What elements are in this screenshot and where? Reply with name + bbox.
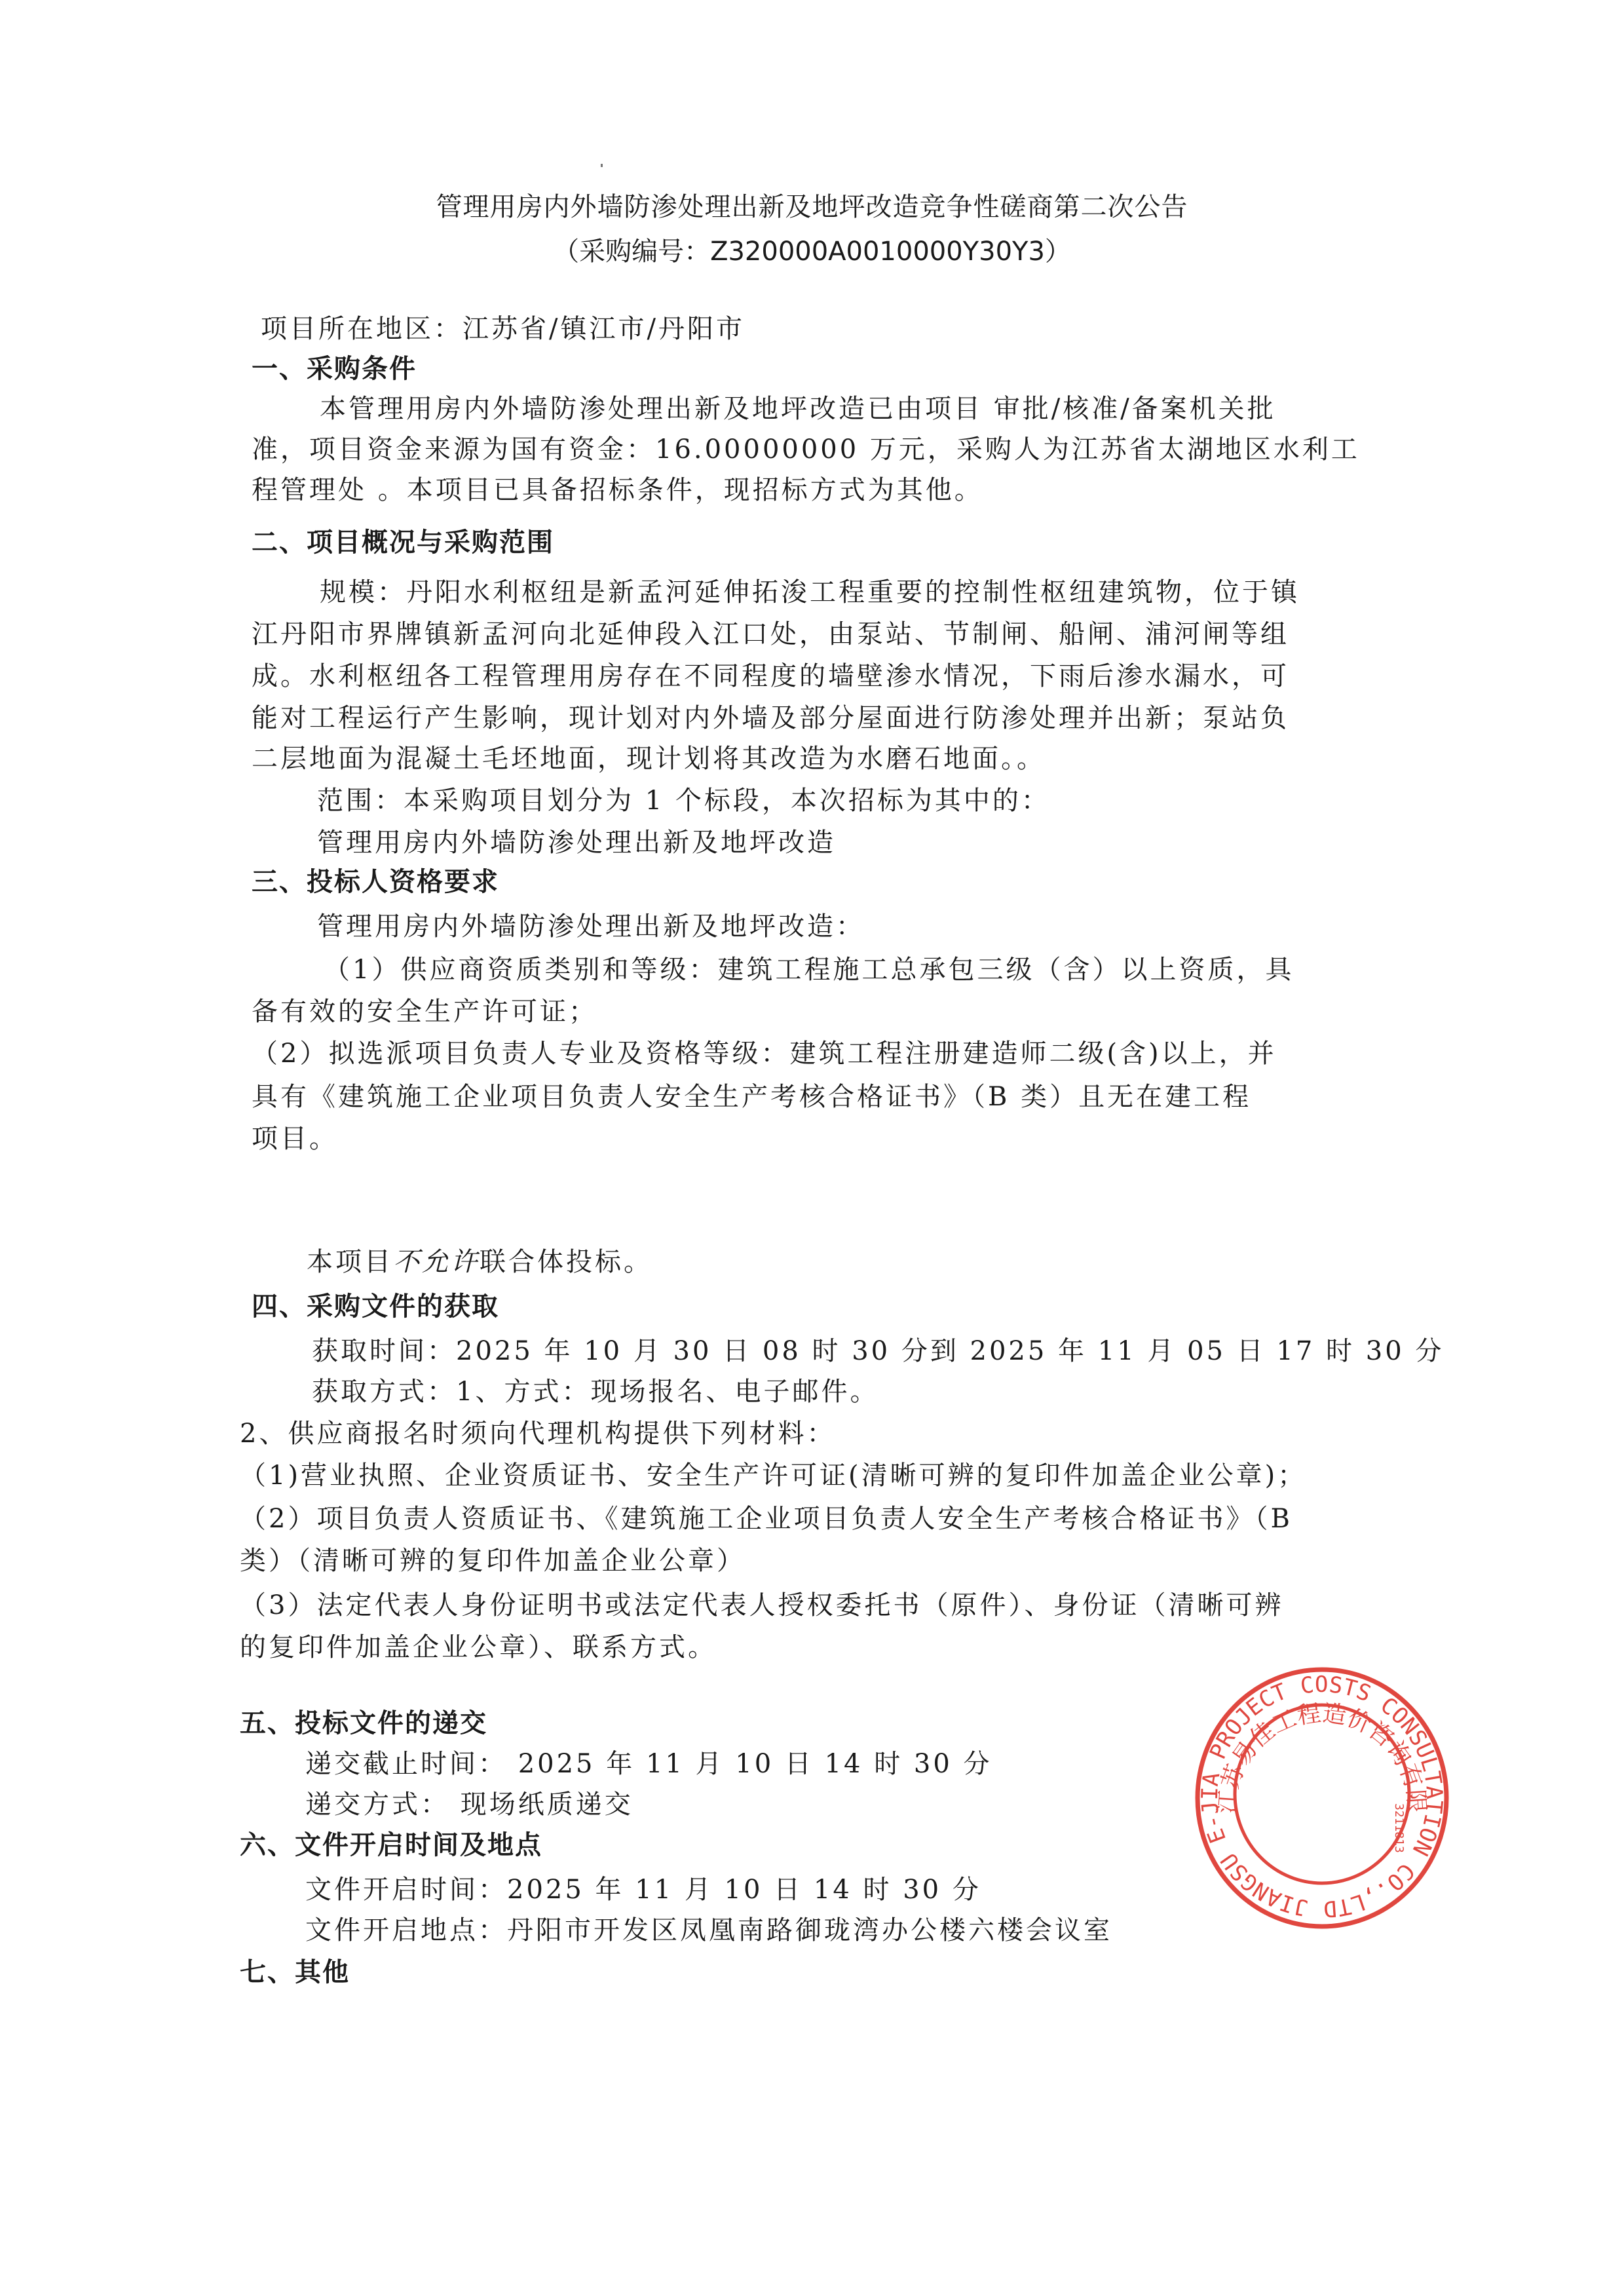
paragraph-line: 程管理处 。本项目已具备招标条件，现招标方式为其他。 (252, 472, 983, 508)
procurement-code: （采购编号：Z320000A0010000Y30Y3） (0, 229, 1624, 274)
consortium-suffix: 联合体投标。 (480, 1247, 652, 1277)
paragraph-line: 具有《建筑施工企业项目负责人安全生产考核合格证书》（B 类）且无在建工程 (252, 1079, 1251, 1115)
section-heading-project-overview: 二、项目概况与采购范围 (252, 524, 554, 561)
section-heading-bid-submission: 五、投标文件的递交 (240, 1705, 487, 1742)
lot-name: 管理用房内外墙防渗处理出新及地坪改造 (317, 824, 836, 861)
paragraph-line: 能对工程运行产生影响，现计划对内外墙及部分屋面进行防渗处理并出新；泵站负 (252, 700, 1289, 737)
acquisition-time: 获取时间：2025 年 10 月 30 日 08 时 30 分到 2025 年 … (312, 1333, 1444, 1369)
material-item-3: （3）法定代表人身份证明书或法定代表人授权委托书（原件）、身份证（清晰可辨 (240, 1587, 1283, 1624)
paragraph-line: 二层地面为混凝土毛坯地面，现计划将其改造为水磨石地面。。 (252, 740, 1046, 777)
title-block: 管理用房内外墙防渗处理出新及地坪改造竞争性磋商第二次公告 （采购编号：Z3200… (0, 185, 1624, 274)
requirement-item-2: （2）拟选派项目负责人专业及资格等级：建筑工程注册建造师二级(含)以上，并 (252, 1035, 1277, 1072)
submission-method: 递交方式： 现场纸质递交 (305, 1786, 633, 1823)
paragraph-line: 成。水利枢纽各工程管理用房存在不同程度的墙壁渗水情况，下雨后渗水漏水，可 (252, 658, 1289, 695)
paragraph-line: 项目。 (252, 1120, 338, 1157)
paragraph-line: 管理用房内外墙防渗处理出新及地坪改造： (317, 908, 865, 945)
paragraph-line: 本管理用房内外墙防渗处理出新及地坪改造已由项目 审批/核准/备案机关批 (320, 391, 1276, 427)
seal-number: 3211813 (1392, 1803, 1406, 1853)
section-heading-other: 七、其他 (240, 1954, 350, 1991)
section-heading-bidder-qualifications: 三、投标人资格要求 (252, 864, 499, 900)
paragraph-line: 江丹阳市界牌镇新孟河向北延伸段入江口处，由泵站、节制闸、船闸、浦河闸等组 (252, 616, 1289, 653)
page-title: 管理用房内外墙防渗处理出新及地坪改造竞争性磋商第二次公告 (0, 185, 1624, 229)
paragraph-line: 规模：丹阳水利枢纽是新孟河延伸拓浚工程重要的控制性枢纽建筑物，位于镇 (320, 574, 1300, 611)
paragraph-line: 类）（清晰可辨的复印件加盖企业公章） (240, 1542, 746, 1579)
required-materials-intro: 2、供应商报名时须向代理机构提供下列材料： (240, 1415, 835, 1452)
submission-deadline: 递交截止时间： 2025 年 11 月 10 日 14 时 30 分 (305, 1746, 992, 1782)
opening-location: 文件开启地点：丹阳市开发区凤凰南路御珑湾办公楼六楼会议室 (305, 1912, 1112, 1949)
acquisition-method: 获取方式：1、方式：现场报名、电子邮件。 (312, 1373, 878, 1410)
requirement-item-1: （1）供应商资质类别和等级：建筑工程施工总承包三级（含）以上资质，具 (324, 951, 1294, 988)
scan-speck (601, 164, 603, 167)
section-heading-procurement-conditions: 一、采购条件 (252, 351, 417, 387)
project-location: 项目所在地区：江苏省/镇江市/丹阳市 (261, 311, 745, 347)
section-heading-opening-time-place: 六、文件开启时间及地点 (240, 1827, 542, 1864)
paragraph-line: 准，项目资金来源为国有资金：16.00000000 万元，采购人为江苏省太湖地区… (252, 431, 1360, 468)
company-seal-stamp: JIANGSU E-JIA PROJECT COSTS CONSULTATION… (1191, 1659, 1453, 1934)
consortium-statement: 本项目不允许联合体投标。 (307, 1244, 652, 1280)
consortium-prefix: 本项目 (307, 1247, 393, 1277)
opening-time: 文件开启时间：2025 年 11 月 10 日 14 时 30 分 (305, 1871, 981, 1908)
paragraph-line: 的复印件加盖企业公章）、联系方式。 (240, 1629, 717, 1666)
material-item-2: （2）项目负责人资质证书、《建筑施工企业项目负责人安全生产考核合格证书》（B (240, 1501, 1293, 1537)
section-heading-document-acquisition: 四、采购文件的获取 (252, 1288, 499, 1325)
paragraph-line: 备有效的安全生产许可证； (252, 993, 597, 1030)
material-item-1: （1)营业执照、企业资质证书、安全生产许可证(清晰可辨的复印件加盖企业公章)； (240, 1457, 1306, 1494)
scope-line: 范围：本采购项目划分为 1 个标段，本次招标为其中的： (317, 782, 1050, 819)
consortium-emphasis: 不允许 (393, 1247, 480, 1277)
document-page: 管理用房内外墙防渗处理出新及地坪改造竞争性磋商第二次公告 （采购编号：Z3200… (0, 0, 1624, 2296)
